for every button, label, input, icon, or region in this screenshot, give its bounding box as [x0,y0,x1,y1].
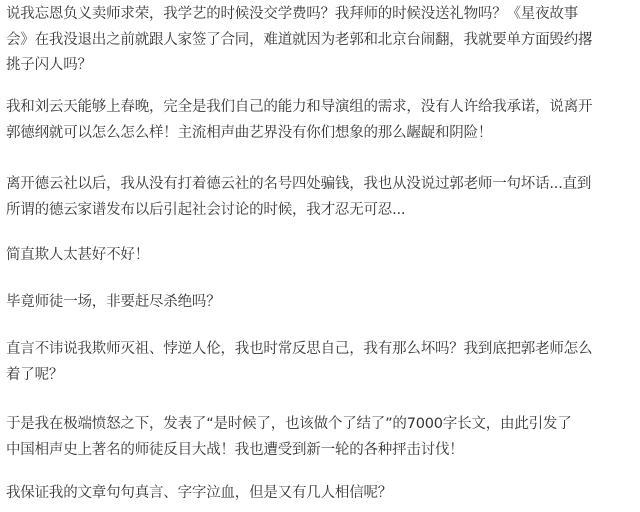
paragraph-1: 说我忘恩负义卖师求荣，我学艺的时候没交学费吗？我拜师的时候没送礼物吗？《星夜故事… [6,2,584,79]
paragraph-3: 离开德云社以后，我从没有打着德云社的名号四处骗钱，我也从没说过郭老师一句坏话..… [6,172,584,223]
text-line: 于是我在极端愤怒之下，发表了“是时候了，也该做个了结了”的7000字长文，由此引… [6,412,584,438]
text-line: 挑子闪人吗？ [6,53,584,79]
paragraph-7: 于是我在极端愤怒之下，发表了“是时候了，也该做个了结了”的7000字长文，由此引… [6,412,584,463]
text-line: 说我忘恩负义卖师求荣，我学艺的时候没交学费吗？我拜师的时候没送礼物吗？《星夜故事 [6,2,584,28]
text-line: 毕竟师徒一场，非要赶尽杀绝吗？ [6,290,584,316]
text-line: 着了呢？ [6,363,584,389]
watermark [500,492,630,506]
text-line: 我保证我的文章句句真言、字字泣血，但是又有几人相信呢？ [6,481,584,507]
paragraph-4: 简直欺人太甚好不好！ [6,243,584,269]
paragraph-2: 我和刘云天能够上春晚，完全是我们自己的能力和导演组的需求，没有人许给我承诺，说离… [6,95,584,146]
text-line: 简直欺人太甚好不好！ [6,243,584,269]
text-line: 所谓的德云家谱发布以后引起社会讨论的时候，我才忍无可忍... [6,198,584,224]
paragraph-6: 直言不讳说我欺师灭祖、悖逆人伦，我也时常反思自己，我有那么坏吗？我到底把郭老师怎… [6,337,584,388]
text-line: 离开德云社以后，我从没有打着德云社的名号四处骗钱，我也从没说过郭老师一句坏话..… [6,172,584,198]
text-line: 我和刘云天能够上春晚，完全是我们自己的能力和导演组的需求，没有人许给我承诺，说离… [6,95,584,121]
paragraph-5: 毕竟师徒一场，非要赶尽杀绝吗？ [6,290,584,316]
text-line: 中国相声史上著名的师徒反目大战！我也遭受到新一轮的各种抨击讨伐！ [6,438,584,464]
text-line: 郭德纲就可以怎么怎么样！主流相声曲艺界没有你们想象的那么龌龊和阴险！ [6,121,584,147]
paragraph-8: 我保证我的文章句句真言、字字泣血，但是又有几人相信呢？ [6,481,584,507]
text-line: 会》在我没退出之前就跟人家签了合同，难道就因为老郭和北京台闹翻，我就要单方面毁约… [6,28,584,54]
text-line: 直言不讳说我欺师灭祖、悖逆人伦，我也时常反思自己，我有那么坏吗？我到底把郭老师怎… [6,337,584,363]
